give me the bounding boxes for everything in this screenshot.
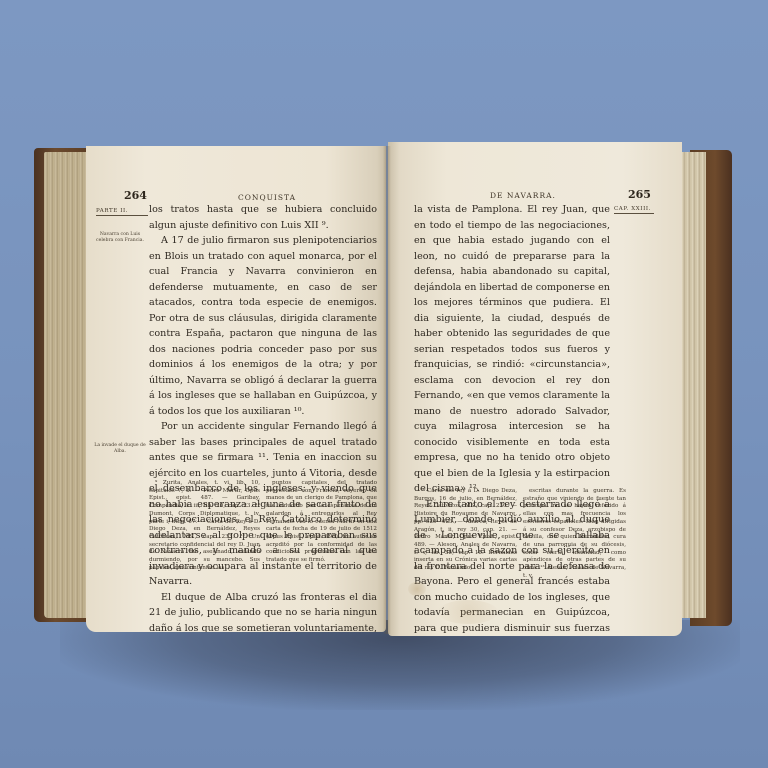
paragraph: A 17 de julio firmaron sus plenipotencia…: [149, 233, 377, 419]
paragraph: la vista de Pamplona. El rey Juan, que e…: [414, 202, 610, 497]
paragraph: El duque de Alba cruzó las fronteras el …: [149, 590, 377, 633]
page-edges-left: [44, 152, 92, 618]
footnote-column: ⁹ Zurita, Anales, t. vi, lib. 10, capitu…: [149, 480, 260, 572]
right-page: DE NAVARRA. 265 CAP. XXIII. la vista de …: [388, 142, 682, 636]
paper-stain: [438, 600, 498, 624]
page-number-left: 264: [124, 189, 147, 202]
margin-note-invasion: La invade el duque de Alba.: [92, 443, 148, 455]
footnote-column: puntos capitales del tratado proyectado …: [266, 480, 377, 565]
paper-stain: [408, 582, 426, 596]
left-page: 264 CONQUISTA PARTE II. Navarra con Luis…: [86, 146, 386, 632]
footnote-column: ¹² Carta del rey á D. Diego Deza, Burgos…: [414, 488, 517, 573]
book-gutter: [383, 146, 391, 634]
running-head-right: DE NAVARRA.: [490, 191, 556, 200]
running-head-left: CONQUISTA: [238, 193, 296, 202]
part-label: PARTE II.: [96, 208, 148, 216]
left-page-footnotes: ⁹ Zurita, Anales, t. vi, lib. 10, capitu…: [149, 480, 377, 572]
paragraph: los tratos hasta que se hubiera concluid…: [149, 202, 377, 233]
page-number-right: 265: [628, 188, 651, 201]
margin-note-treaty: Navarra con Luis celebra con Francia.: [92, 232, 148, 244]
footnote-column: escritas durante la guerra. Es estraño q…: [523, 488, 626, 580]
chapter-label: CAP. XXIII.: [614, 206, 654, 214]
right-page-footnotes: ¹² Carta del rey á D. Diego Deza, Burgos…: [414, 488, 626, 580]
